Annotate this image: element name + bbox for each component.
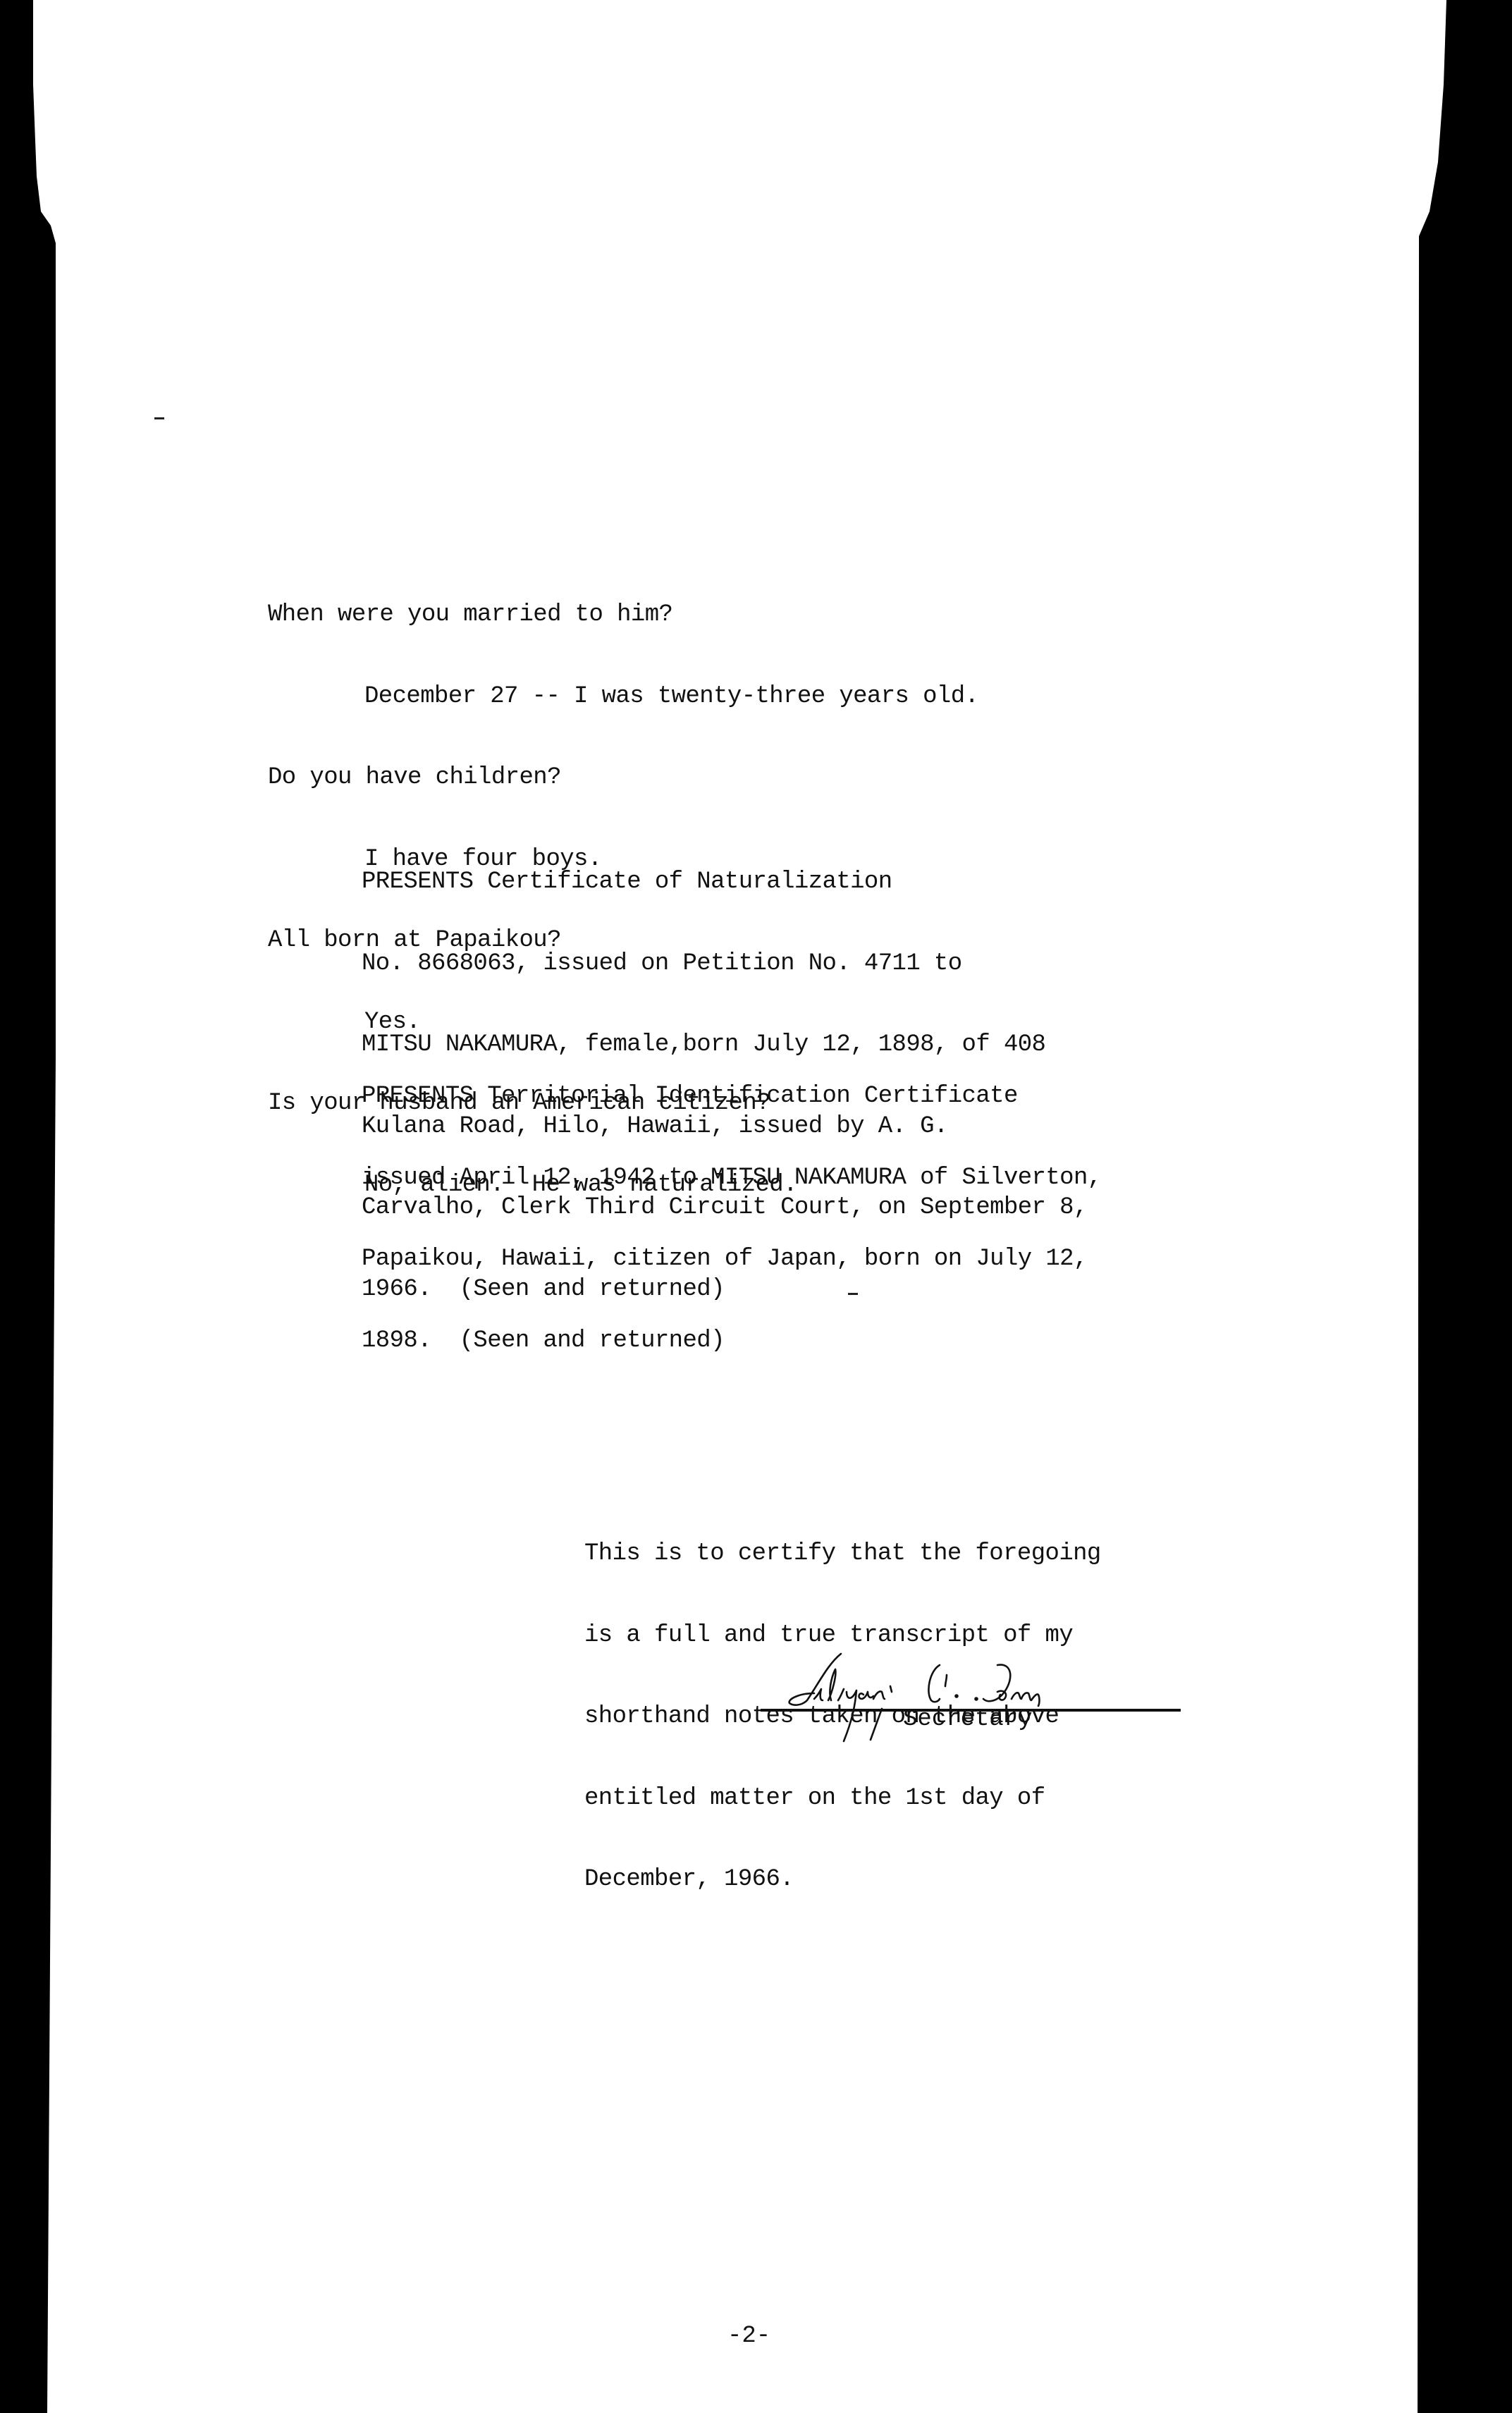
page-number: -2- <box>727 2323 770 2350</box>
signature-block: Secretary <box>758 1635 1181 1748</box>
certification-line: December, 1966. <box>584 1866 1101 1893</box>
question-line: Do you have children? <box>268 764 978 792</box>
question-line: When were you married to him? <box>268 601 978 629</box>
exhibit-line: Papaikou, Hawaii, citizen of Japan, born… <box>362 1246 1102 1273</box>
certification-line: This is to certify that the foregoing <box>584 1540 1101 1568</box>
exhibit-line: PRESENTS Territorial Identification Cert… <box>362 1083 1102 1110</box>
document-page: When were you married to him? December 2… <box>0 0 1512 2413</box>
exhibit-line: 1898. (Seen and returned) <box>362 1327 1102 1355</box>
exhibit-line: issued April 12, 1942 to MITSU NAKAMURA … <box>362 1165 1102 1192</box>
exhibit-line: PRESENTS Certificate of Naturalization <box>362 868 1088 896</box>
signatory-title: Secretary <box>903 1706 1033 1733</box>
scan-artifact-dash <box>848 1293 858 1295</box>
exhibit-line: No. 8668063, issued on Petition No. 4711… <box>362 950 1088 978</box>
answer-line: December 27 -- I was twenty-three years … <box>268 683 978 711</box>
certification-line: entitled matter on the 1st day of <box>584 1785 1101 1812</box>
scan-artifact-dash <box>154 417 164 419</box>
exhibit-territorial-id-certificate: PRESENTS Territorial Identification Cert… <box>362 1029 1102 1408</box>
